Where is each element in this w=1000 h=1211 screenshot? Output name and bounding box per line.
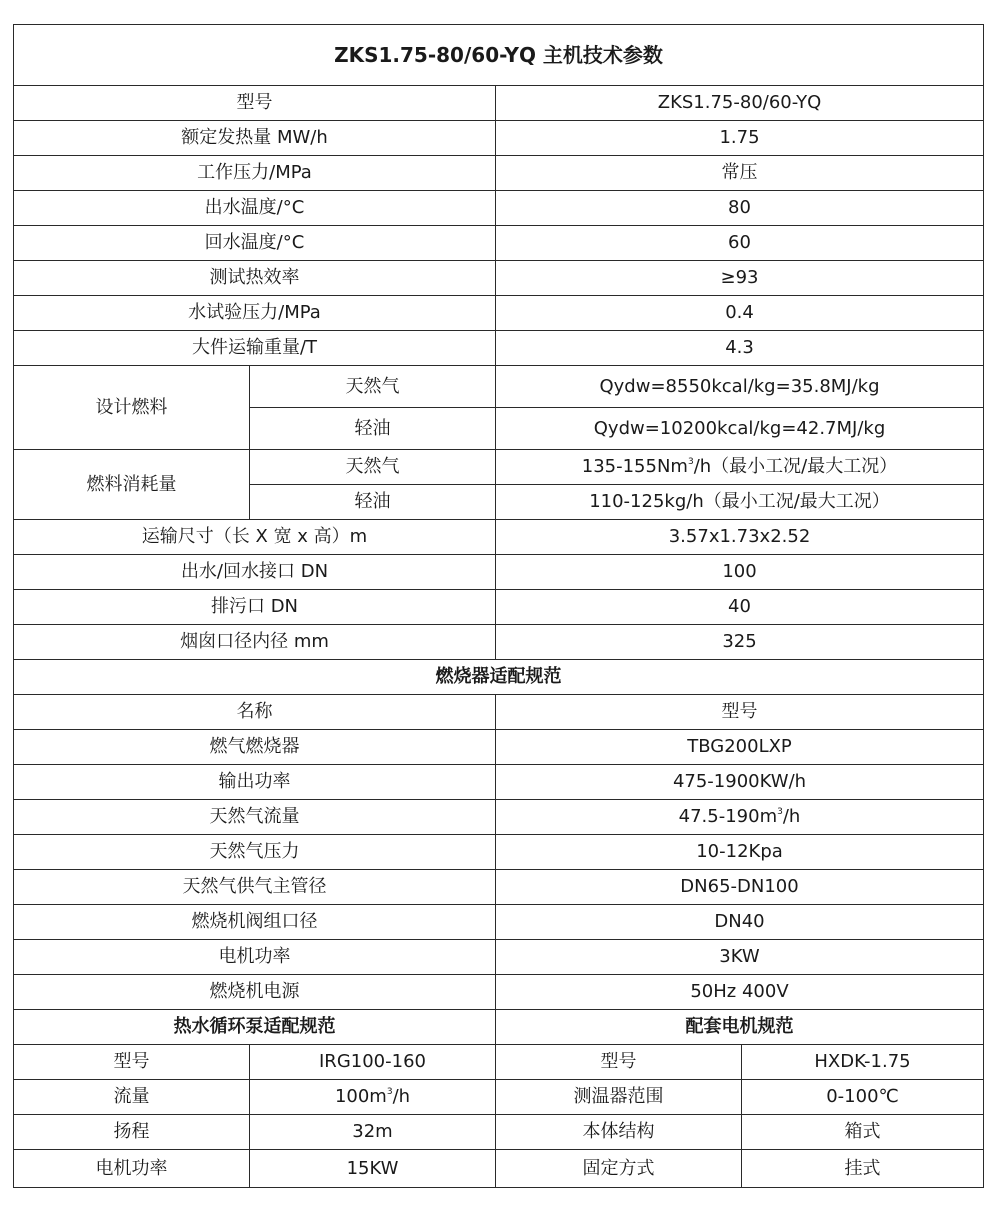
motor-label: 型号 — [496, 1045, 742, 1080]
motor-label: 测温器范围 — [496, 1080, 742, 1115]
burner-label: 输出功率 — [14, 765, 496, 800]
motor-value: HXDK-1.75 — [742, 1045, 984, 1080]
pump-value: 15KW — [250, 1150, 496, 1188]
motor-value: 箱式 — [742, 1115, 984, 1150]
spec-label: 出水温度/°C — [14, 191, 496, 226]
header-model: 型号 — [496, 695, 984, 730]
pump-section-title: 热水循环泵适配规范 — [14, 1010, 496, 1045]
burner-row: 燃烧机阀组口径 DN40 — [14, 905, 984, 940]
spec-value: 4.3 — [496, 331, 984, 366]
motor-label: 本体结构 — [496, 1115, 742, 1150]
fuel-consumption-row: 燃料消耗量 天然气 135-155Nm3/h（最小工况/最大工况） — [14, 450, 984, 485]
spec-value: ≥93 — [496, 261, 984, 296]
spec-row: 回水温度/°C 60 — [14, 226, 984, 261]
spec-label: 烟囱口径内径 mm — [14, 625, 496, 660]
burner-row: 天然气供气主管径 DN65-DN100 — [14, 870, 984, 905]
spec-row: 水试验压力/MPa 0.4 — [14, 296, 984, 331]
spec-value: 0.4 — [496, 296, 984, 331]
pump-value: 32m — [250, 1115, 496, 1150]
pump-label: 流量 — [14, 1080, 250, 1115]
pump-motor-row: 流量 100m3/h 测温器范围 0-100℃ — [14, 1080, 984, 1115]
spec-value: 100 — [496, 555, 984, 590]
value-text: 135-155Nm — [582, 456, 688, 477]
burner-value: DN40 — [496, 905, 984, 940]
spec-row: 出水/回水接口 DN 100 — [14, 555, 984, 590]
pump-value: 100m3/h — [250, 1080, 496, 1115]
pump-label: 型号 — [14, 1045, 250, 1080]
boiler-spec-table: ZKS1.75-80/60-YQ 主机技术参数 型号 ZKS1.75-80/60… — [13, 24, 984, 1188]
spec-value: 1.75 — [496, 121, 984, 156]
consumption-value: 135-155Nm3/h（最小工况/最大工况） — [496, 450, 984, 485]
burner-row: 燃烧机电源 50Hz 400V — [14, 975, 984, 1010]
burner-row: 输出功率 475-1900KW/h — [14, 765, 984, 800]
burner-section-title: 燃烧器适配规范 — [14, 660, 984, 695]
motor-value: 挂式 — [742, 1150, 984, 1188]
value-text: 100m — [335, 1086, 387, 1107]
burner-row: 电机功率 3KW — [14, 940, 984, 975]
design-fuel-row: 设计燃料 天然气 Qydw=8550kcal/kg=35.8MJ/kg — [14, 366, 984, 408]
burner-header-row: 名称 型号 — [14, 695, 984, 730]
fuel-value: Qydw=8550kcal/kg=35.8MJ/kg — [496, 366, 984, 408]
burner-value: 3KW — [496, 940, 984, 975]
burner-label: 电机功率 — [14, 940, 496, 975]
spec-value: 3.57x1.73x2.52 — [496, 520, 984, 555]
spec-value: 常压 — [496, 156, 984, 191]
burner-label: 燃烧机电源 — [14, 975, 496, 1010]
consumption-value: 110-125kg/h（最小工况/最大工况） — [496, 485, 984, 520]
spec-row: 测试热效率 ≥93 — [14, 261, 984, 296]
spec-value: 40 — [496, 590, 984, 625]
burner-value: TBG200LXP — [496, 730, 984, 765]
header-name: 名称 — [14, 695, 496, 730]
design-fuel-label: 设计燃料 — [14, 366, 250, 450]
fuel-consumption-label: 燃料消耗量 — [14, 450, 250, 520]
spec-row: 大件运输重量/T 4.3 — [14, 331, 984, 366]
fuel-type: 轻油 — [250, 485, 496, 520]
value-text: /h（最小工况/最大工况） — [694, 456, 898, 477]
spec-label: 测试热效率 — [14, 261, 496, 296]
burner-value: 475-1900KW/h — [496, 765, 984, 800]
pump-label: 电机功率 — [14, 1150, 250, 1188]
value-text: /h — [783, 806, 800, 827]
burner-label: 燃烧机阀组口径 — [14, 905, 496, 940]
spec-label: 大件运输重量/T — [14, 331, 496, 366]
burner-value: DN65-DN100 — [496, 870, 984, 905]
spec-row: 排污口 DN 40 — [14, 590, 984, 625]
burner-label: 天然气流量 — [14, 800, 496, 835]
spec-row: 型号 ZKS1.75-80/60-YQ — [14, 86, 984, 121]
spec-label: 排污口 DN — [14, 590, 496, 625]
table-title: ZKS1.75-80/60-YQ 主机技术参数 — [14, 25, 984, 86]
spec-row: 烟囱口径内径 mm 325 — [14, 625, 984, 660]
spec-row: 额定发热量 MW/h 1.75 — [14, 121, 984, 156]
pump-value: IRG100-160 — [250, 1045, 496, 1080]
pump-label: 扬程 — [14, 1115, 250, 1150]
spec-label: 出水/回水接口 DN — [14, 555, 496, 590]
burner-value: 10-12Kpa — [496, 835, 984, 870]
pump-motor-row: 扬程 32m 本体结构 箱式 — [14, 1115, 984, 1150]
spec-row: 运输尺寸（长 X 宽 x 高）m 3.57x1.73x2.52 — [14, 520, 984, 555]
spec-row: 出水温度/°C 80 — [14, 191, 984, 226]
burner-row: 天然气流量 47.5-190m3/h — [14, 800, 984, 835]
fuel-value: Qydw=10200kcal/kg=42.7MJ/kg — [496, 408, 984, 450]
spec-value: 325 — [496, 625, 984, 660]
spec-value: 60 — [496, 226, 984, 261]
motor-value: 0-100℃ — [742, 1080, 984, 1115]
spec-label: 回水温度/°C — [14, 226, 496, 261]
burner-label: 天然气压力 — [14, 835, 496, 870]
spec-label: 水试验压力/MPa — [14, 296, 496, 331]
spec-label: 型号 — [14, 86, 496, 121]
motor-label: 固定方式 — [496, 1150, 742, 1188]
spec-label: 工作压力/MPa — [14, 156, 496, 191]
burner-label: 燃气燃烧器 — [14, 730, 496, 765]
fuel-type: 天然气 — [250, 366, 496, 408]
burner-label: 天然气供气主管径 — [14, 870, 496, 905]
pump-motor-row: 型号 IRG100-160 型号 HXDK-1.75 — [14, 1045, 984, 1080]
value-text: 47.5-190m — [679, 806, 777, 827]
burner-row: 天然气压力 10-12Kpa — [14, 835, 984, 870]
value-text: /h — [393, 1086, 410, 1107]
burner-value: 50Hz 400V — [496, 975, 984, 1010]
motor-section-title: 配套电机规范 — [496, 1010, 984, 1045]
spec-value: ZKS1.75-80/60-YQ — [496, 86, 984, 121]
fuel-type: 天然气 — [250, 450, 496, 485]
burner-value: 47.5-190m3/h — [496, 800, 984, 835]
fuel-type: 轻油 — [250, 408, 496, 450]
spec-value: 80 — [496, 191, 984, 226]
burner-row: 燃气燃烧器 TBG200LXP — [14, 730, 984, 765]
spec-label: 运输尺寸（长 X 宽 x 高）m — [14, 520, 496, 555]
spec-label: 额定发热量 MW/h — [14, 121, 496, 156]
spec-row: 工作压力/MPa 常压 — [14, 156, 984, 191]
pump-motor-row: 电机功率 15KW 固定方式 挂式 — [14, 1150, 984, 1188]
